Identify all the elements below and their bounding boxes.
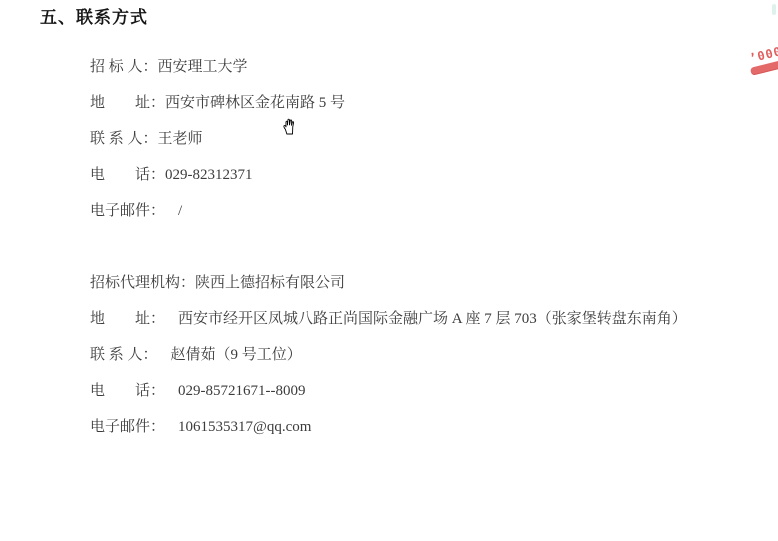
document-page[interactable]: 五、联系方式 招 标 人：西安理工大学 地 址：西安市碑林区金花南路 5 号 联… xyxy=(0,0,778,541)
field-label: 电 话： xyxy=(90,383,165,399)
field-label: 电 话： xyxy=(90,167,165,183)
red-stamp-fragment: ’000 xyxy=(745,46,778,88)
field-value: 西安市碑林区金花南路 5 号 xyxy=(165,95,345,111)
field-value: / xyxy=(165,203,182,219)
field-value: 029-82312371 xyxy=(165,167,253,183)
scan-artifact xyxy=(772,4,776,15)
field-value: 029-85721671--8009 xyxy=(165,383,306,399)
field-value: 陕西上德招标有限公司 xyxy=(195,275,345,291)
field-value: 赵倩茹（9 号工位） xyxy=(158,347,302,363)
field-label: 地 址： xyxy=(90,95,165,111)
hand-cursor-icon xyxy=(280,116,300,137)
field-value: 1061535317@qq.com xyxy=(165,419,311,435)
stamp-line xyxy=(750,58,778,75)
field-label: 电子邮件： xyxy=(90,203,165,219)
field-value: 西安理工大学 xyxy=(158,59,248,75)
stamp-text: ’000 xyxy=(748,46,778,66)
field-label: 联 系 人： xyxy=(90,131,158,147)
section-title: 五、联系方式 xyxy=(40,3,148,28)
field-value: 西安市经开区凤城八路正尚国际金融广场 A 座 7 层 703（张家堡转盘东南角） xyxy=(165,311,687,327)
field-label: 联 系 人： xyxy=(90,347,158,363)
field-label: 地 址： xyxy=(90,311,165,327)
field-label: 招 标 人： xyxy=(90,59,158,75)
row-agency-email: 电子邮件：1061535317@qq.com xyxy=(75,400,311,454)
row-tenderer-email: 电子邮件：/ xyxy=(75,184,182,238)
field-value: 王老师 xyxy=(158,131,203,147)
field-label: 电子邮件： xyxy=(90,419,165,435)
field-label: 招标代理机构： xyxy=(90,275,195,291)
